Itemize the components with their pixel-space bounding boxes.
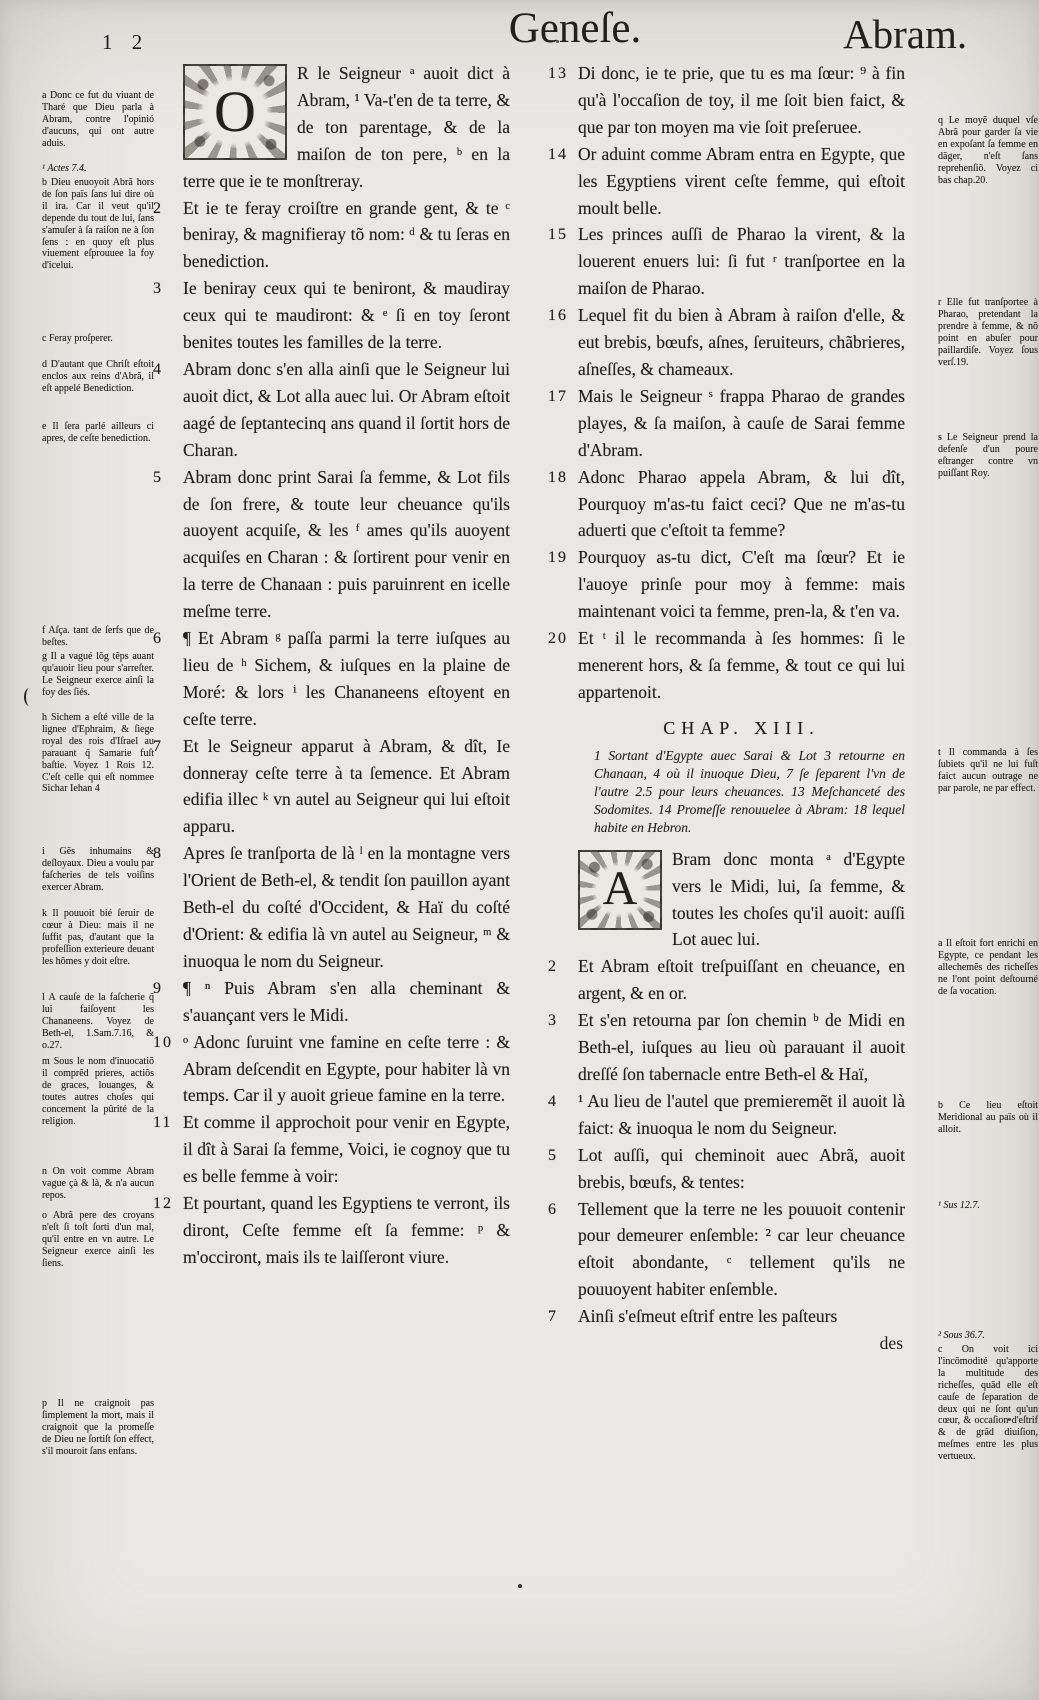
verse-text: Or aduint comme Abram entra en Egypte, q…: [578, 144, 905, 218]
margin-ref-sous: ² Sous 36.7.: [938, 1330, 1038, 1342]
verse-text: ¶ Et Abram ᵍ paſſa parmi la terre iuſque…: [183, 628, 510, 729]
verse-13-2: 2Et Abram eſtoit treſpuiſſant en cheuanc…: [578, 953, 905, 1007]
verse-number: 7: [153, 734, 181, 761]
margin-note-a13: a Il eſtoit fort enrichi en Egypte, ce p…: [938, 938, 1038, 998]
verse-12-11: 11Et comme il approchoit pour venir en E…: [183, 1109, 510, 1190]
verse-12-9: 9¶ ⁿ Puis Abram s'en alla cheminant & s'…: [183, 975, 510, 1029]
verse-text: Et Abram eſtoit treſpuiſſant en cheuance…: [578, 956, 905, 1003]
margin-note-b: b Dieu enuoyoit Abrã hors de ſon païs ſa…: [42, 177, 154, 272]
verse-number: 13: [548, 61, 576, 88]
verse-number: 2: [548, 954, 576, 981]
verse-12-4: 4Abram donc s'en alla ainſi que le Seign…: [183, 356, 510, 464]
margin-note-c13: c On voit ici l'incõmodité qu'apporte la…: [938, 1344, 1038, 1463]
verse-number: 4: [153, 357, 181, 384]
verse-12-19: 19Pourquoy as-tu dict, C'eſt ma ſœur? Et…: [578, 544, 905, 625]
verse-12-2: 2Et ie te feray croiſtre en grande gent,…: [183, 195, 510, 276]
verse-12-5: 5Abram donc print Sarai ſa femme, & Lot …: [183, 464, 510, 625]
margin-note-d: d D'autant que Chriſt eſtoit enclos aux …: [42, 359, 154, 395]
chapter-heading: CHAP. XIII.: [578, 718, 905, 739]
verse-text: ¶ ⁿ Puis Abram s'en alla cheminant & s'a…: [183, 978, 510, 1025]
verse-text: Adonc Pharao appela Abram, & lui dît, Po…: [578, 467, 905, 541]
margin-note-p: p Il ne craignoit pas ſimplement la mort…: [42, 1398, 154, 1458]
verse-12-7: 7Et le Seigneur apparut à Abram, & dît, …: [183, 733, 510, 841]
margin-note-k: k Il pouuoit bié ſeruir de cœur à Dieu: …: [42, 908, 154, 968]
margin-note-s: s Le Seigneur prend la defenſe d'un pour…: [938, 432, 1038, 480]
verse-12-16: 16Lequel fit du bien à Abram à raiſon d'…: [578, 302, 905, 383]
verse-text: Et pourtant, quand les Egyptiens te verr…: [183, 1193, 510, 1267]
verse-number: 20: [548, 626, 576, 653]
verse-13-5: 5Lot auſſi, qui cheminoit auec Abrã, auo…: [578, 1142, 905, 1196]
verse-number: 15: [548, 222, 576, 249]
margin-note-f: f Aſça. tant de ſerfs que de beſtes.: [42, 625, 154, 649]
verse-13-7: 7Ainſi s'eſmeut eſtrif entre les paſteur…: [578, 1303, 905, 1330]
verse-text: Abram donc print Sarai ſa femme, & Lot f…: [183, 467, 510, 622]
verse-number: 9: [153, 976, 181, 1003]
drop-cap-letter: A: [590, 862, 650, 918]
verse-13-3: 3Et s'en retourna par ſon chemin ᵇ de Mi…: [578, 1007, 905, 1088]
margin-note-b13: b Ce lieu eſtoit Meridional au païs où i…: [938, 1100, 1038, 1136]
margin-note-q: q Le moyẽ duquel vſe Abrã pour garder ſa…: [938, 115, 1038, 186]
running-title-abram: Abram.: [843, 10, 1023, 58]
verse-number: 18: [548, 465, 576, 492]
verse-13-6: 6Tellement que la terre ne les pouuoit c…: [578, 1196, 905, 1304]
verse-text: Ainſi s'eſmeut eſtrif entre les paſteurs: [578, 1306, 837, 1326]
margin-note-i: i Gẽs inhumains & deſloyaux. Dieu a voul…: [42, 846, 154, 894]
margin-note-m: m Sous le nom d'inuocatiõ il comprẽd pri…: [42, 1056, 154, 1127]
verse-13-4: 4¹ Au lieu de l'autel que premieremẽt il…: [578, 1088, 905, 1142]
verse-text: Et ie te feray croiſtre en grande gent, …: [183, 198, 510, 272]
verse-13-1: A Bram donc monta ᵃ d'Egypte vers le Mid…: [578, 846, 905, 954]
scan-artifact: [24, 688, 35, 706]
verse-number: 10: [153, 1030, 181, 1057]
margin-note-l: l A cauſe de la faſcherie q̃ lui faiſoye…: [42, 992, 154, 1052]
margin-note-g: g Il a vagué lõg tẽps auant qu'auoir lie…: [42, 651, 154, 699]
verse-number: 6: [153, 626, 181, 653]
verse-number: 19: [548, 545, 576, 572]
drop-cap-ornament-A: A: [578, 850, 662, 930]
catchword: des: [578, 1330, 905, 1357]
verse-number: 17: [548, 384, 576, 411]
text-column-left: O R le Seigneur ᵃ auoit dict à Abram, ¹ …: [183, 60, 510, 1271]
running-title-genese: Geneſe.: [395, 4, 755, 53]
verse-number: 4: [548, 1089, 576, 1116]
verse-12-10: 10ᵒ Adonc ſuruint vne famine en ceſte te…: [183, 1029, 510, 1110]
verse-number: 3: [548, 1008, 576, 1035]
verse-number: 3: [153, 276, 181, 303]
text-column-right: 13Di donc, ie te prie, que tu es ma ſœur…: [578, 60, 905, 1357]
verse-text: Tellement que la terre ne les pouuoit co…: [578, 1199, 905, 1300]
margin-note-h: h Sichem a eſté ville de la lignee d'Eph…: [42, 712, 154, 795]
verse-text: ᵒ Adonc ſuruint vne famine en ceſte terr…: [183, 1032, 510, 1106]
verse-text: Ie beniray ceux qui te beniront, & maudi…: [183, 278, 510, 352]
verse-12-18: 18Adonc Pharao appela Abram, & lui dît, …: [578, 464, 905, 545]
scanned-bible-page: 1 2 Geneſe. Abram. a Donc ce fut du viua…: [0, 0, 1039, 1700]
verse-12-3: 3Ie beniray ceux qui te beniront, & maud…: [183, 275, 510, 356]
margin-note-a: a Donc ce fut du viuant de Tharé que Die…: [42, 90, 154, 150]
verse-text: ¹ Au lieu de l'autel que premieremẽt il …: [578, 1091, 905, 1138]
margin-ref-sus: ¹ Sus 12.7.: [938, 1200, 1038, 1212]
margin-note-r: r Elle fut tranſportee à Pharao, pretend…: [938, 297, 1038, 368]
verse-number: 2: [153, 196, 181, 223]
verse-number: 8: [153, 841, 181, 868]
verse-12-12: 12Et pourtant, quand les Egyptiens te ve…: [183, 1190, 510, 1271]
verse-text: Di donc, ie te prie, que tu es ma ſœur: …: [578, 63, 905, 137]
margin-note-t: t Il commanda à ſes ſubiets qu'il ne lui…: [938, 747, 1038, 795]
verse-text: Lequel fit du bien à Abram à raiſon d'el…: [578, 305, 905, 379]
margin-note-e: e Il ſera parlé ailleurs ci apres, de ce…: [42, 421, 154, 445]
verse-12-13: 13Di donc, ie te prie, que tu es ma ſœur…: [578, 60, 905, 141]
verse-12-20: 20Et ᵗ il le recommanda à ſes hommes: ſi…: [578, 625, 905, 706]
verse-number: 5: [153, 465, 181, 492]
margin-note-n: n On voit comme Abram vague çà & là, & n…: [42, 1166, 154, 1202]
verse-12-6: 6¶ Et Abram ᵍ paſſa parmi la terre iuſqu…: [183, 625, 510, 733]
verse-12-8: 8Apres ſe tranſporta de là ˡ en la monta…: [183, 840, 510, 975]
margin-ref-actes: ¹ Actes 7.4.: [42, 163, 154, 175]
verse-number: 12: [153, 1191, 181, 1218]
verse-12-15: 15Les princes auſſi de Pharao la virent,…: [578, 221, 905, 302]
verse-12-1: O R le Seigneur ᵃ auoit dict à Abram, ¹ …: [183, 60, 510, 195]
verse-text: Et le Seigneur apparut à Abram, & dît, I…: [183, 736, 510, 837]
verse-number: 7: [548, 1304, 576, 1331]
verse-text: Bram donc monta ᵃ d'Egypte vers le Midi,…: [672, 849, 905, 950]
verse-number: 11: [153, 1110, 181, 1137]
margin-note-o: o Abrã pere des croyans n'eſt ſi toſt ſo…: [42, 1210, 154, 1270]
drop-cap-ornament-O: O: [183, 64, 287, 160]
verse-text: Pourquoy as-tu dict, C'eſt ma ſœur? Et i…: [578, 547, 905, 621]
verse-text: Apres ſe tranſporta de là ˡ en la montag…: [183, 843, 510, 971]
verse-text: Mais le Seigneur ˢ frappa Pharao de gran…: [578, 386, 905, 460]
verse-text: Et ᵗ il le recommanda à ſes hommes: ſi l…: [578, 628, 905, 702]
verse-text: Abram donc s'en alla ainſi que le Seigne…: [183, 359, 510, 460]
verse-12-14: 14Or aduint comme Abram entra en Egypte,…: [578, 141, 905, 222]
verse-text: Lot auſſi, qui cheminoit auec Abrã, auoi…: [578, 1145, 905, 1192]
verse-number: 5: [548, 1143, 576, 1170]
verse-text: Et comme il approchoit pour venir en Egy…: [183, 1112, 510, 1186]
page-number: 1 2: [102, 30, 149, 55]
verse-number: 16: [548, 303, 576, 330]
verse-number: 14: [548, 142, 576, 169]
chapter-summary: 1 Sortant d'Egypte auec Sarai & Lot 3 re…: [594, 747, 905, 837]
verse-text: Et s'en retourna par ſon chemin ᵇ de Mid…: [578, 1010, 905, 1084]
verse-text: Les princes auſſi de Pharao la virent, &…: [578, 224, 905, 298]
verse-number: 6: [548, 1197, 576, 1224]
scan-artifact: [518, 1584, 522, 1588]
drop-cap-letter: O: [195, 76, 275, 148]
verse-12-17: 17Mais le Seigneur ˢ frappa Pharao de gr…: [578, 383, 905, 464]
margin-note-c: c Feray proſperer.: [42, 333, 154, 345]
